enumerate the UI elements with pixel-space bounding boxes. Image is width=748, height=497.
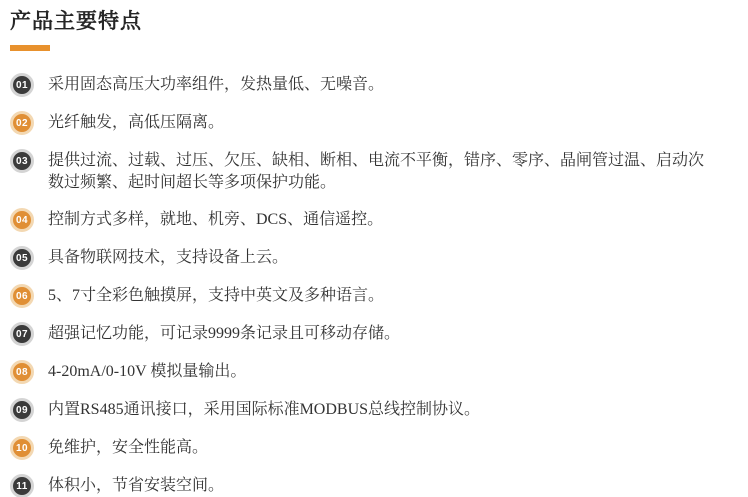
feature-row: 02 光纤触发，高低压隔离。 bbox=[10, 111, 738, 135]
feature-number-badge: 06 bbox=[10, 284, 34, 308]
feature-text: 提供过流、过载、过压、欠压、缺相、断相、电流不平衡，错序、零序、晶闸管过温、启动… bbox=[48, 149, 710, 194]
feature-row: 07 超强记忆功能，可记录9999条记录且可移动存储。 bbox=[10, 322, 738, 346]
feature-text: 内置RS485通讯接口，采用国际标准MODBUS总线控制协议。 bbox=[48, 398, 480, 421]
feature-number-badge: 09 bbox=[10, 398, 34, 422]
feature-row: 08 4-20mA/0-10V 模拟量输出。 bbox=[10, 360, 738, 384]
feature-row: 05 具备物联网技术，支持设备上云。 bbox=[10, 246, 738, 270]
feature-text: 光纤触发，高低压隔离。 bbox=[48, 111, 224, 134]
feature-text: 体积小，节省安装空间。 bbox=[48, 474, 224, 497]
feature-text: 免维护，安全性能高。 bbox=[48, 436, 208, 459]
feature-number-badge: 04 bbox=[10, 208, 34, 232]
feature-text: 5、7寸全彩色触摸屏，支持中英文及多种语言。 bbox=[48, 284, 384, 307]
feature-text: 控制方式多样，就地、机旁、DCS、通信遥控。 bbox=[48, 208, 383, 231]
feature-row: 04 控制方式多样，就地、机旁、DCS、通信遥控。 bbox=[10, 208, 738, 232]
feature-number-badge: 02 bbox=[10, 111, 34, 135]
page-title: 产品主要特点 bbox=[10, 8, 738, 34]
feature-row: 06 5、7寸全彩色触摸屏，支持中英文及多种语言。 bbox=[10, 284, 738, 308]
product-features-section: 产品主要特点 01 采用固态高压大功率组件，发热量低、无噪音。 02 光纤触发，… bbox=[0, 0, 748, 497]
feature-text: 采用固态高压大功率组件，发热量低、无噪音。 bbox=[48, 73, 384, 96]
feature-number-badge: 10 bbox=[10, 436, 34, 460]
feature-row: 10 免维护，安全性能高。 bbox=[10, 436, 738, 460]
title-underline-accent bbox=[10, 45, 50, 51]
feature-text: 具备物联网技术，支持设备上云。 bbox=[48, 246, 288, 269]
feature-number-badge: 08 bbox=[10, 360, 34, 384]
feature-number-badge: 05 bbox=[10, 246, 34, 270]
feature-number-badge: 11 bbox=[10, 474, 34, 497]
feature-list: 01 采用固态高压大功率组件，发热量低、无噪音。 02 光纤触发，高低压隔离。 … bbox=[10, 73, 738, 497]
feature-row: 01 采用固态高压大功率组件，发热量低、无噪音。 bbox=[10, 73, 738, 97]
feature-text: 4-20mA/0-10V 模拟量输出。 bbox=[48, 360, 246, 383]
feature-number-badge: 03 bbox=[10, 149, 34, 173]
feature-row: 03 提供过流、过载、过压、欠压、缺相、断相、电流不平衡，错序、零序、晶闸管过温… bbox=[10, 149, 738, 194]
feature-number-badge: 01 bbox=[10, 73, 34, 97]
feature-number-badge: 07 bbox=[10, 322, 34, 346]
feature-row: 09 内置RS485通讯接口，采用国际标准MODBUS总线控制协议。 bbox=[10, 398, 738, 422]
feature-text: 超强记忆功能，可记录9999条记录且可移动存储。 bbox=[48, 322, 400, 345]
feature-row: 11 体积小，节省安装空间。 bbox=[10, 474, 738, 497]
